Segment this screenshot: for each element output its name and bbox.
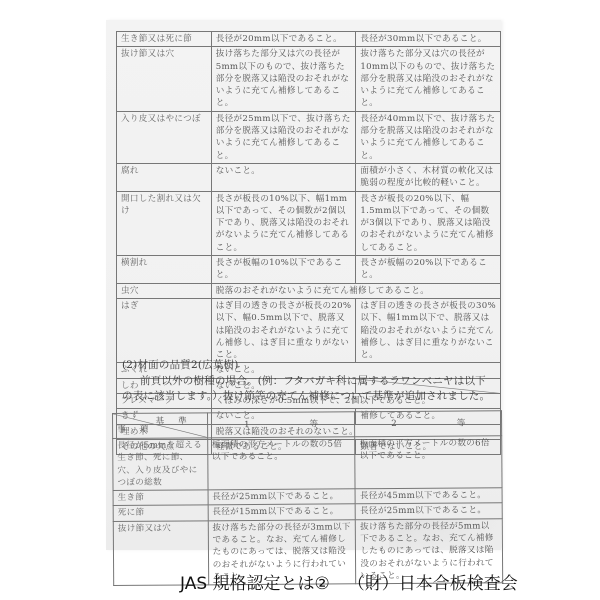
caption-organization: （財）日本合板検査会 <box>348 574 518 594</box>
grade1-cell: 抜け落ちた部分又は穴の長径が5mm以下のもので、抜け落ちた部分を脱落又は陥没のお… <box>211 47 356 111</box>
grade2-cell: 長径が25mm以下であること。 <box>355 503 502 519</box>
section-paragraph: 前頁以外の樹種の場合。(例：フタバガキ科に属するラワンベニヤは以下の表に該当しま… <box>122 374 492 405</box>
table-row: 長径が5mmを超える生き節、死に節、穴、入り皮及びやにつぼの総数 板面積の平方メ… <box>113 436 502 491</box>
grade1-cell: 長さが板幅の10%以下であること。 <box>211 256 356 284</box>
row-label: 入り皮又はやにつぼ <box>117 111 212 163</box>
row-label: 虫穴 <box>117 283 212 298</box>
row-label: 開口した割れ又は欠け <box>117 191 212 255</box>
grade2-cell: 長径が45mm以下であること。 <box>355 488 502 504</box>
row-label: はぎ <box>117 298 212 362</box>
grade2-cell: 板面積の平方メートルの数の6倍以下であること。 <box>355 436 502 489</box>
table-row: 腐れ ないこと。 面積が小さく、木材質の軟化又は脆弱の程度が比較的軽いこと。 <box>117 163 501 191</box>
row-label: 横割れ <box>117 256 212 284</box>
header-grade2: 2等 <box>355 411 502 437</box>
grade2-cell: 抜け落ちた部分又は穴の長径が10mm以下のもので、抜け落ちた部分を脱落又は陥没の… <box>356 47 501 111</box>
grade1-cell: 長径が25mm以下で、抜け落ちた部分を脱落又は陥没のおそれがないように充てん補修… <box>211 111 356 163</box>
image-caption: JAS 規格認定とは②（財）日本合板検査会 <box>180 569 518 594</box>
row-label: 死に節 <box>113 505 208 521</box>
grade1-cell: 板面積の平方メートルの数の5倍以下であること。 <box>207 437 355 490</box>
grade1-cell: はぎ目の透きの長さが板長の20%以下、幅0.5mm以下で、脱落又は陥没のおそれが… <box>211 298 356 362</box>
table-header-row: 基準 事項 1等 2等 <box>113 411 502 439</box>
row-label: 抜け節又は穴 <box>117 47 212 111</box>
grade1-cell: 長径が20mm以下であること。 <box>211 32 356 47</box>
table-row: 生き節又は死に節 長径が20mm以下であること。 長径が30mm以下であること。 <box>117 32 501 47</box>
grade1-cell: 長さが板長の10%以下、幅1mm以下であって、その個数が2個以下であり、脱落又は… <box>211 191 356 255</box>
table-row: 入り皮又はやにつぼ 長径が25mm以下で、抜け落ちた部分を脱落又は陥没のおそれが… <box>117 111 501 163</box>
table-row: 開口した割れ又は欠け 長さが板長の10%以下、幅1mm以下であって、その個数が2… <box>117 191 501 255</box>
grade2-cell: 長さが板長の20%以下、幅1.5mm以下であって、その個数が3個以下であり、脱落… <box>356 191 501 255</box>
row-label: 長径が5mmを超える生き節、死に節、穴、入り皮及びやにつぼの総数 <box>113 438 208 491</box>
grade1-cell: 長径が15mm以下であること。 <box>208 504 356 520</box>
grade2-cell: 長径が30mm以下であること。 <box>356 32 501 47</box>
caption-title: JAS 規格認定とは② <box>180 574 330 594</box>
grade1-cell: 長径が25mm以下であること。 <box>208 489 356 505</box>
grade2-cell: 長径が40mm以下で、抜け落ちた部分を脱落又は陥没のおそれがないように充てん補修… <box>356 111 501 163</box>
header-grade1: 1等 <box>207 412 355 438</box>
grade2-cell: 長さが板幅の20%以下であること。 <box>356 256 501 284</box>
merged-cell: 脱落のおそれがないように充てん補修してあること。 <box>211 283 500 298</box>
table-row: はぎ はぎ目の透きの長さが板長の20%以下、幅0.5mm以下で、脱落又は陥没のお… <box>117 298 501 362</box>
row-label: 生き節 <box>113 490 208 506</box>
section-title: (2)材面の品質2(広葉樹) <box>122 358 492 374</box>
grade2-cell: 面積が小さく、木材質の軟化又は脆弱の程度が比較的軽いこと。 <box>356 163 501 191</box>
table-row: 抜け節又は穴 抜け落ちた部分又は穴の長径が5mm以下のもので、抜け落ちた部分を脱… <box>117 47 501 111</box>
table-row: 虫穴 脱落のおそれがないように充てん補修してあること。 <box>117 283 501 298</box>
header-item-label: 事項 <box>117 423 162 436</box>
row-label: 生き節又は死に節 <box>117 32 212 47</box>
hardwood-standards-table: 基準 事項 1等 2等 長径が5mmを超える生き節、死に節、穴、入り皮及びやにつ… <box>112 410 503 586</box>
row-label: 腐れ <box>117 163 212 191</box>
header-corner-cell: 基準 事項 <box>113 413 208 439</box>
grade1-cell: ないこと。 <box>211 163 356 191</box>
grade2-cell: はぎ目の透きの長さが板長の30%以下、幅1mm以下で、脱落又は陥没のおそれがない… <box>356 298 501 362</box>
section-hardwood: (2)材面の品質2(広葉樹) 前頁以外の樹種の場合。(例：フタバガキ科に属するラ… <box>122 358 492 405</box>
table-row: 横割れ 長さが板幅の10%以下であること。 長さが板幅の20%以下であること。 <box>117 256 501 284</box>
